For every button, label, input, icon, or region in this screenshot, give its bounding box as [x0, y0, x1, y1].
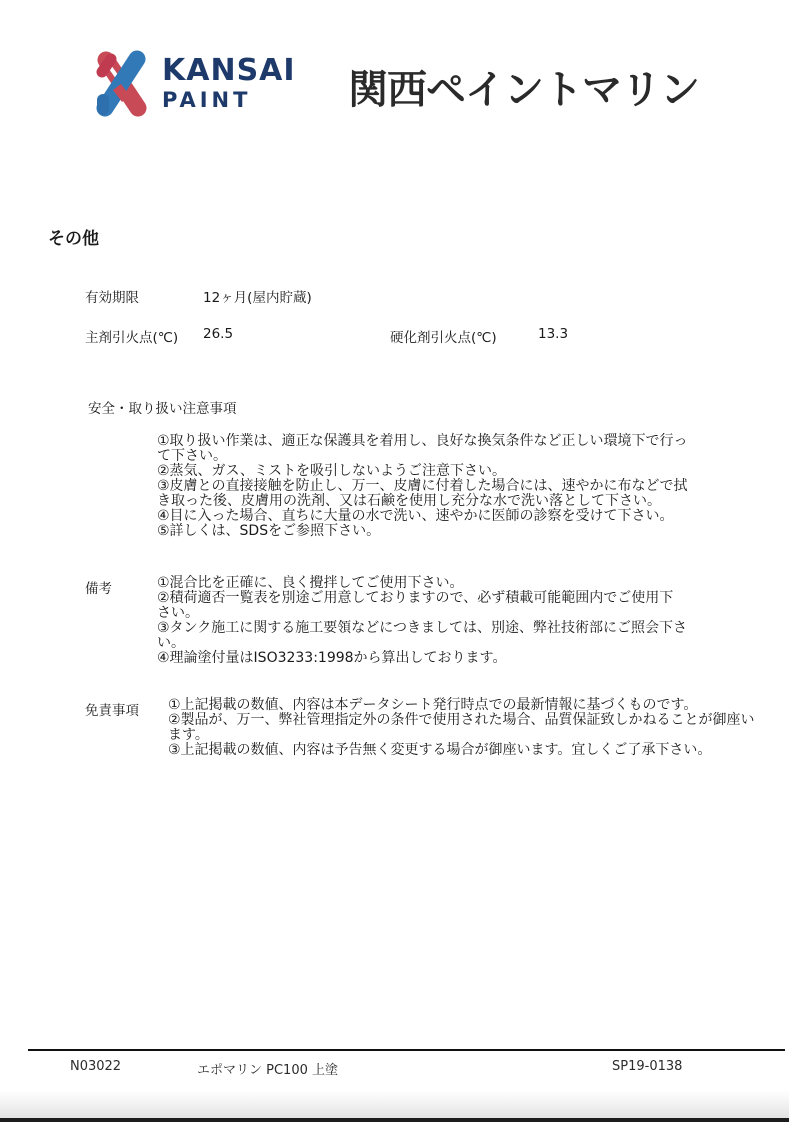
datasheet-page: KANSAI PAINT 関西ペイントマリン その他 有効期限 12ヶ月(屋内貯… [0, 0, 789, 1122]
remarks-label: 備考 [85, 577, 112, 597]
safety-item-5: ⑤詳しくは、SDSをご参照下さい。 [157, 524, 777, 539]
remarks-item-4: ④理論塗付量はISO3233:1998から算出しております。 [157, 651, 777, 666]
brand-wordmark: KANSAI PAINT [162, 56, 296, 111]
safety-item-1: ①取り扱い作業は、適正な保護具を着用し、良好な換気条件など正しい環境下で行っ て… [157, 434, 777, 464]
disclaimer-item-1: ①上記掲載の数値、内容は本データシート発行時点での最新情報に基づくものです。 [168, 698, 788, 713]
remarks-item-2: ②積荷適否一覧表を別途ご用意しておりますので、必ず積載可能範囲内でご使用下 さい… [157, 591, 777, 621]
hardener-flash-point-label: 硬化剤引火点(℃) [390, 326, 497, 346]
brand-paint-text: PAINT [162, 90, 296, 111]
safety-item-3: ③皮膚との直接接触を防止し、万一、皮膚に付着した場合には、速やかに布などで拭 き… [157, 479, 777, 509]
brand-kansai-text: KANSAI [162, 56, 296, 86]
footer-divider [28, 1049, 785, 1051]
expiry-value: 12ヶ月(屋内貯蔵) [203, 286, 312, 306]
disclaimer-item-3: ③上記掲載の数値、内容は予告無く変更する場合が御座います。宜しくご了承下さい。 [168, 743, 788, 758]
safety-list: ①取り扱い作業は、適正な保護具を着用し、良好な換気条件など正しい環境下で行っ て… [157, 434, 777, 539]
page-bottom-shadow [0, 1090, 789, 1118]
section-title: その他 [48, 224, 99, 249]
kansai-k-logo-icon [92, 47, 151, 124]
remarks-list: ①混合比を正確に、良く攪拌してご使用下さい。 ②積荷適否一覧表を別途ご用意してお… [157, 576, 777, 666]
safety-section-title: 安全・取り扱い注意事項 [88, 397, 237, 417]
base-flash-point-label: 主剤引火点(℃) [85, 326, 178, 346]
disclaimer-list: ①上記掲載の数値、内容は本データシート発行時点での最新情報に基づくものです。 ②… [168, 698, 788, 758]
footer-sheet-code: SP19-0138 [612, 1059, 682, 1074]
expiry-label: 有効期限 [85, 286, 139, 306]
base-flash-point-value: 26.5 [203, 326, 233, 342]
remarks-item-3: ③タンク施工に関する施工要領などにつきましては、別途、弊社技術部にご照会下さ い… [157, 621, 777, 651]
safety-item-2: ②蒸気、ガス、ミストを吸引しないようご注意下さい。 [157, 464, 777, 479]
company-name: 関西ペイントマリン [348, 58, 699, 115]
safety-item-4: ④目に入った場合、直ちに大量の水で洗い、速やかに医師の診察を受けて下さい。 [157, 509, 777, 524]
disclaimer-label: 免責事項 [85, 699, 139, 719]
page-bottom-edge [0, 1118, 789, 1122]
hardener-flash-point-value: 13.3 [538, 326, 568, 342]
remarks-item-1: ①混合比を正確に、良く攪拌してご使用下さい。 [157, 576, 777, 591]
footer-product-name: エポマリン PC100 上塗 [197, 1059, 338, 1078]
footer-document-code: N03022 [70, 1059, 121, 1074]
disclaimer-item-2: ②製品が、万一、弊社管理指定外の条件で使用された場合、品質保証致しかねることが御… [168, 713, 788, 743]
